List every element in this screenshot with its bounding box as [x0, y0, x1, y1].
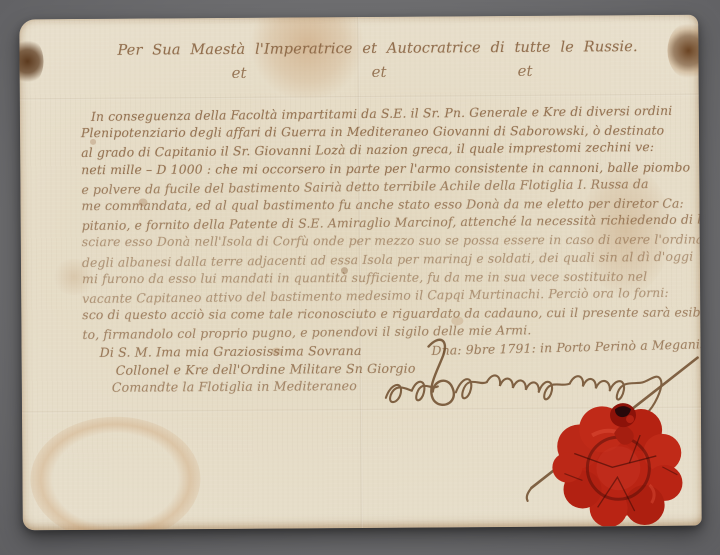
closing-line: Comandte la Flotiglia in Mediteraneo	[100, 377, 416, 397]
horizontal-fold-crease	[22, 407, 701, 414]
closing-line: Collonel e Kre dell'Ordine Militare Sn G…	[100, 359, 416, 379]
body-text: In conseguenza della Facoltà impartitami…	[81, 103, 683, 344]
et-flourish-mark: et	[232, 64, 247, 82]
manuscript-paper: Per Sua Maestà l'Imperatrice et Autocrat…	[19, 15, 702, 531]
et-flourish-mark: et	[518, 62, 533, 80]
photo-background: Per Sua Maestà l'Imperatrice et Autocrat…	[0, 0, 720, 555]
horizontal-fold-crease	[20, 94, 699, 101]
closing-line: Di S. M. Ima mia Graziosissima Sovrana	[99, 342, 415, 362]
et-flourish-mark: et	[372, 63, 387, 81]
closing-block: Di S. M. Ima mia Graziosissima Sovrana C…	[99, 342, 415, 397]
stain-ring-bottom-left	[30, 416, 201, 530]
et-marks-row: et et et	[20, 61, 699, 86]
document-title: Per Sua Maestà l'Imperatrice et Autocrat…	[117, 39, 637, 59]
